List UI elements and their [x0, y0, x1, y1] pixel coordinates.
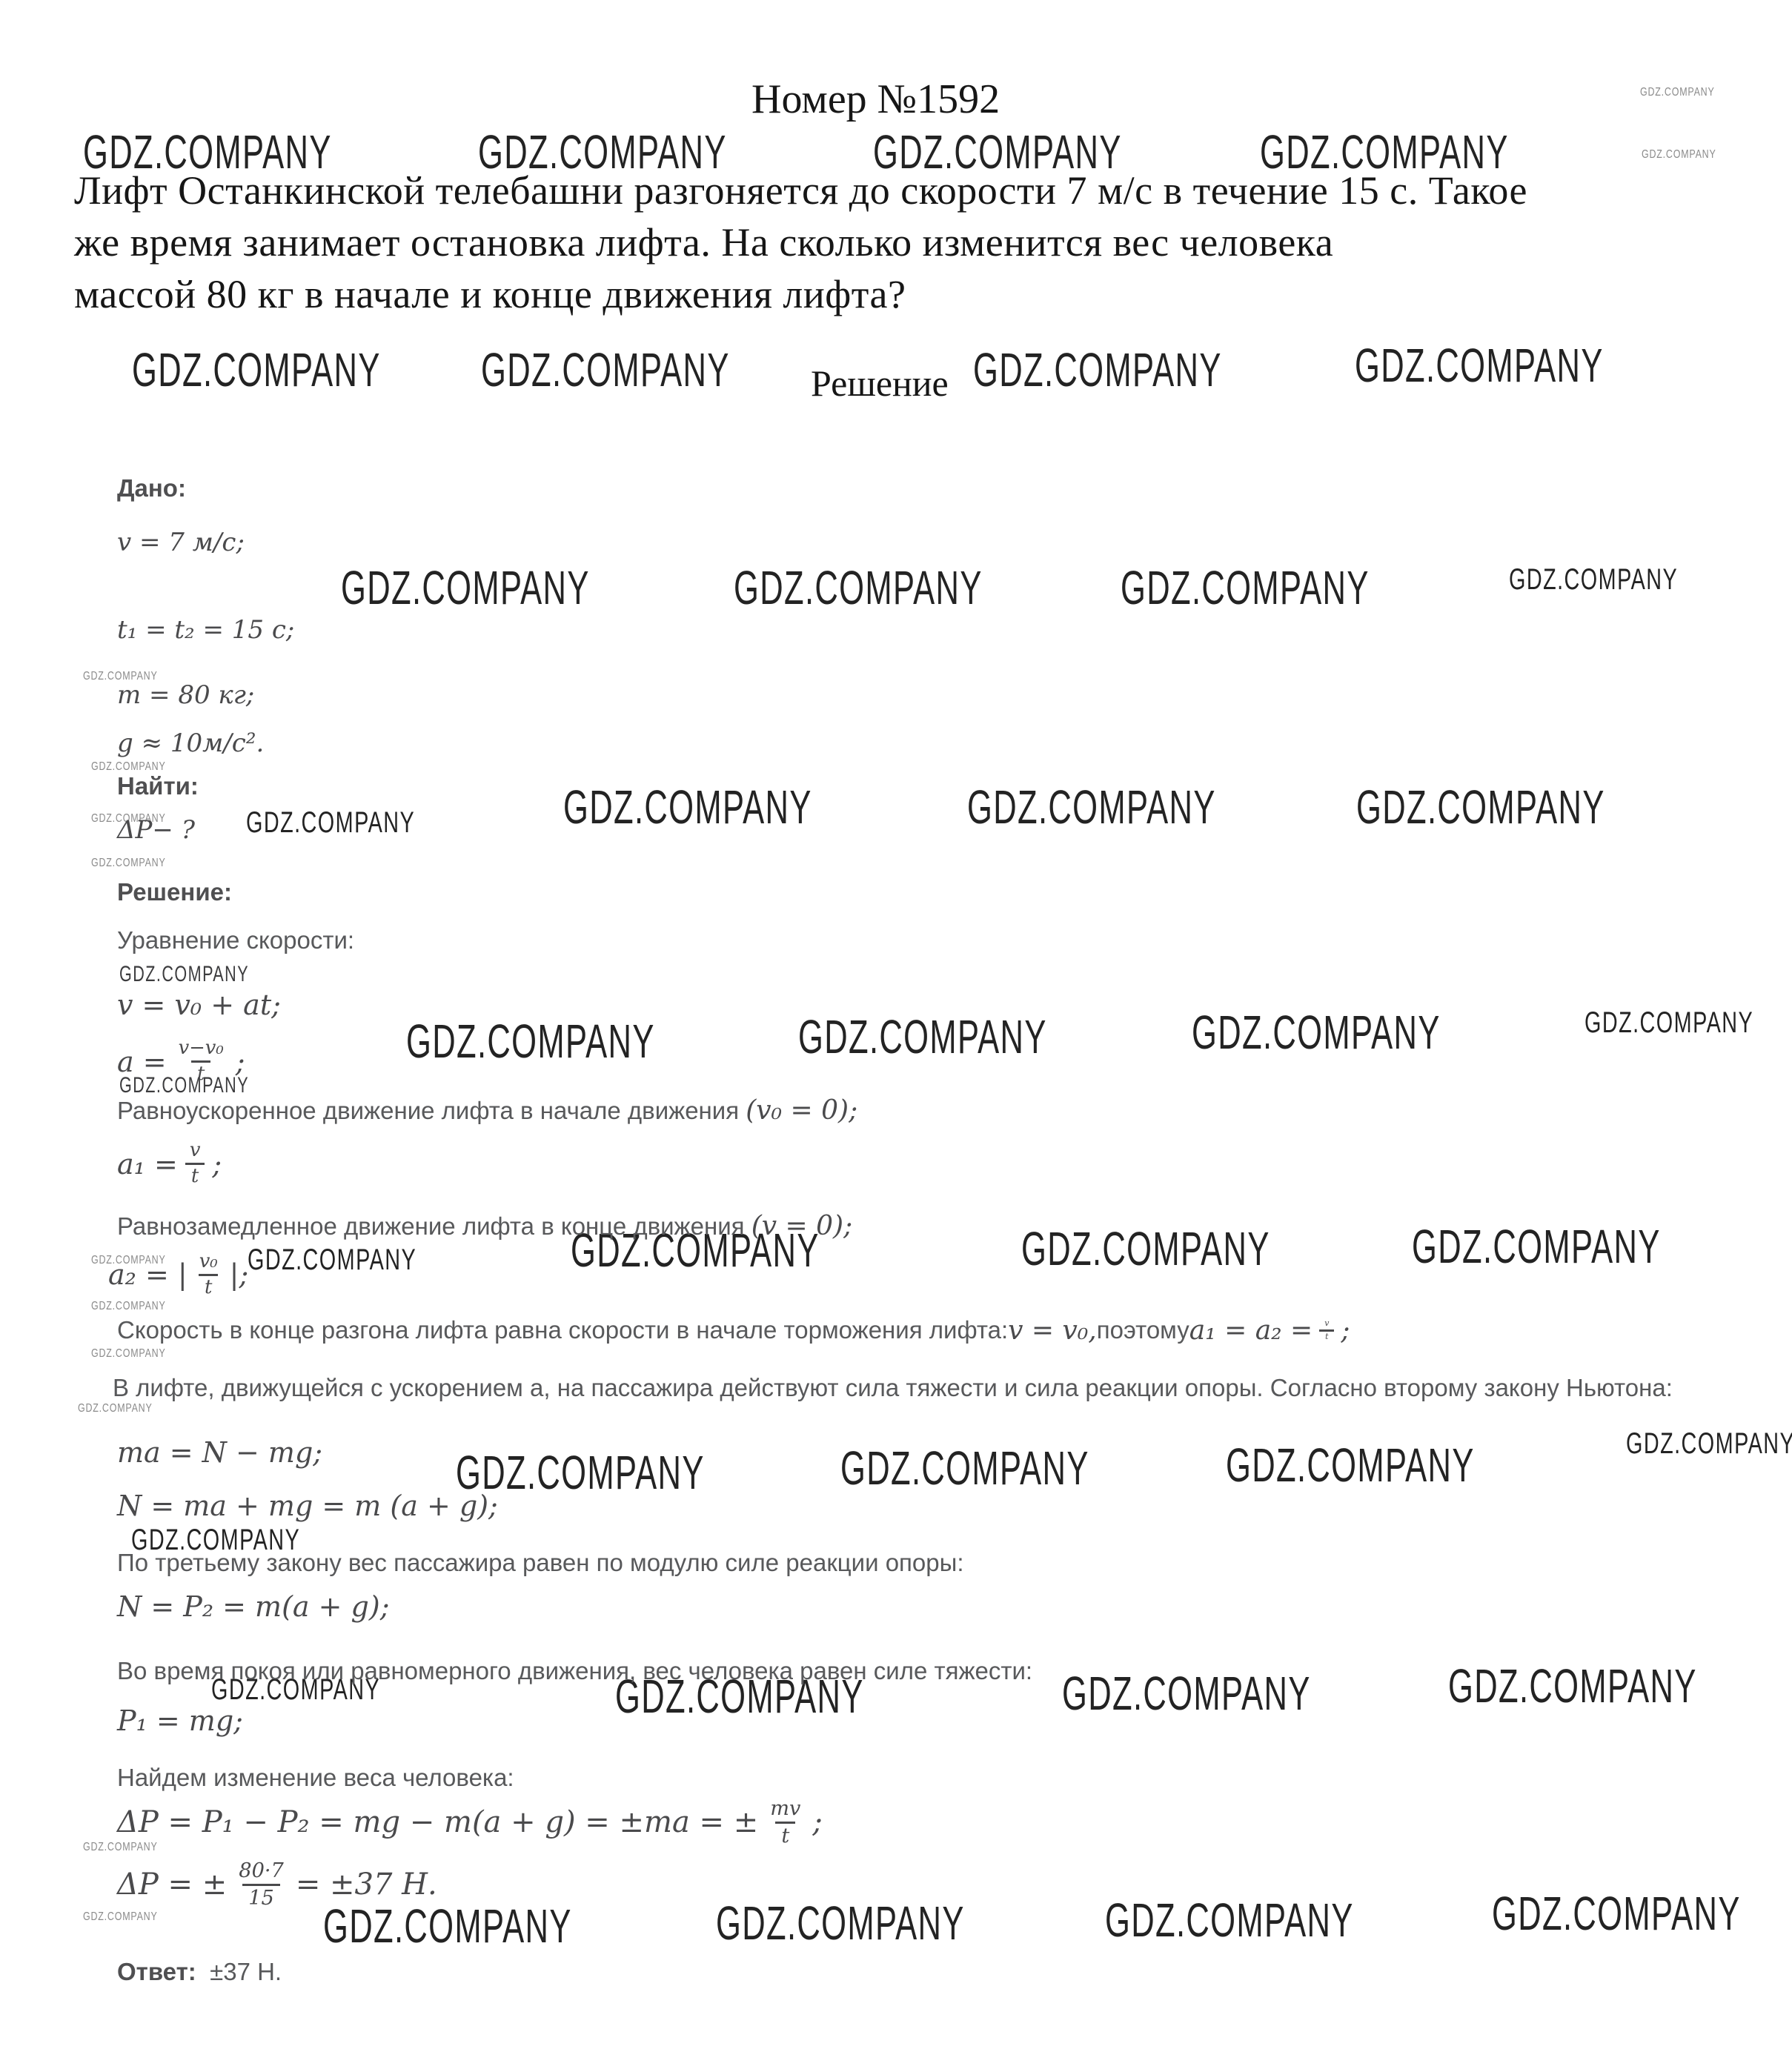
step-text: Скорость в конце разгона лифта равна ско…	[117, 1316, 1008, 1344]
newton-law-text: В лифте, движущейся с ускорением а, на п…	[113, 1374, 1673, 1402]
fraction-numerator: v₀	[193, 1251, 224, 1274]
fraction-denominator: t	[191, 1060, 210, 1086]
solution-heading: Решение	[811, 362, 949, 405]
formula-text: ΔP = ±	[117, 1867, 227, 1902]
given-label: Дано:	[117, 474, 186, 502]
problem-line: массой 80 кг в начале и конце движения л…	[74, 271, 906, 317]
step-math: (v₀ = 0);	[746, 1095, 857, 1126]
formula-p2: N = P₂ = m(a + g);	[117, 1590, 390, 1623]
uniform-deceleration-text: Равнозамедленное движение лифта в конце …	[117, 1211, 852, 1241]
formula-newton: ma = N − mg;	[117, 1436, 322, 1469]
fraction-denominator: 15	[242, 1884, 280, 1910]
document-content: Номер №1592 Лифт Останкинской телебашни …	[0, 0, 1792, 2052]
formula-text: a₁ =	[117, 1148, 178, 1181]
answer-line: Ответ: ±37 Н.	[117, 1958, 282, 1986]
formula-reaction-force: N = ma + mg = m (a + g);	[117, 1490, 498, 1522]
fraction: v t	[1318, 1319, 1335, 1341]
problem-line: Лифт Останкинской телебашни разгоняется …	[74, 167, 1527, 213]
formula-text: ;	[212, 1148, 222, 1181]
fraction-numerator: 80·7	[233, 1859, 290, 1883]
third-law-text: По третьему закону вес пассажира равен п…	[117, 1549, 964, 1577]
fraction: v t	[184, 1140, 207, 1187]
formula-text: = ±37 Н.	[296, 1867, 437, 1902]
formula-acceleration: a = v−v₀ t ;	[117, 1030, 245, 1093]
given-item-time: t₁ = t₂ = 15 с;	[117, 615, 294, 645]
steps-label: Решение:	[117, 878, 232, 906]
given-item-gravity: g ≈ 10м/с².	[117, 728, 264, 758]
find-value: ΔP− ?	[117, 815, 195, 845]
fraction: mv t	[764, 1797, 806, 1847]
formula-text: ;	[812, 1805, 822, 1839]
formula-text: |;	[230, 1258, 249, 1291]
step-text: Равноускоренное движение лифта в начале …	[117, 1097, 746, 1124]
formula-delta-p-calculated: ΔP = ± 80·7 15 = ±37 Н.	[117, 1854, 437, 1915]
formula-text: ΔP = P₁ − P₂ = mg − m(a + g) = ±ma = ±	[117, 1805, 758, 1839]
fraction: 80·7 15	[233, 1859, 290, 1910]
formula-a1: a₁ = v t ;	[117, 1132, 222, 1195]
weight-change-text: Найдем изменение веса человека:	[117, 1764, 514, 1792]
formula-p1: P₁ = mg;	[117, 1704, 243, 1737]
document-page: GDZ.COMPANYGDZ.COMPANYGDZ.COMPANYGDZ.COM…	[0, 0, 1792, 2052]
rest-weight-text: Во время покоя или равномерного движения…	[117, 1657, 1032, 1685]
fraction-numerator: v	[1318, 1319, 1335, 1329]
find-label: Найти:	[117, 772, 199, 800]
given-item-mass: m = 80 кг;	[117, 680, 254, 710]
step-text: поэтому	[1097, 1316, 1189, 1344]
fraction-numerator: v−v₀	[173, 1037, 230, 1060]
answer-value	[203, 1958, 210, 1985]
problem-line: же время занимает остановка лифта. На ск…	[74, 219, 1333, 265]
fraction: v−v₀ t	[173, 1037, 230, 1085]
formula-velocity: v = v₀ + at;	[117, 989, 281, 1021]
formula-delta-p: ΔP = P₁ − P₂ = mg − m(a + g) = ±ma = ± m…	[117, 1792, 823, 1853]
speed-equality-line: Скорость в конце разгона лифта равна ско…	[117, 1304, 1350, 1356]
formula-text: a =	[117, 1046, 167, 1078]
fraction-denominator: t	[775, 1822, 795, 1847]
answer-label: Ответ:	[117, 1958, 196, 1985]
formula-text: ;	[1341, 1315, 1350, 1346]
step-math: a₁ = a₂ =	[1189, 1315, 1313, 1346]
fraction: v₀ t	[193, 1251, 224, 1298]
step-math: (v = 0);	[751, 1211, 853, 1241]
formula-text: a₂ = |	[108, 1258, 188, 1291]
fraction-numerator: mv	[764, 1797, 806, 1821]
uniform-acceleration-text: Равноускоренное движение лифта в начале …	[117, 1095, 857, 1126]
page-title: Номер №1592	[751, 76, 1000, 123]
velocity-equation-label: Уравнение скорости:	[117, 926, 354, 954]
fraction-denominator: t	[185, 1163, 205, 1188]
step-math: v = v₀,	[1008, 1315, 1097, 1346]
answer-value: ±37 Н.	[210, 1958, 282, 1985]
given-item-velocity: v = 7 м/с;	[117, 528, 245, 557]
fraction-numerator: v	[184, 1140, 207, 1163]
fraction-denominator: t	[1319, 1329, 1334, 1342]
fraction-denominator: t	[199, 1274, 218, 1299]
step-text: Равнозамедленное движение лифта в конце …	[117, 1212, 751, 1240]
formula-text: ;	[236, 1046, 245, 1078]
formula-a2: a₂ = | v₀ t |;	[108, 1245, 248, 1304]
